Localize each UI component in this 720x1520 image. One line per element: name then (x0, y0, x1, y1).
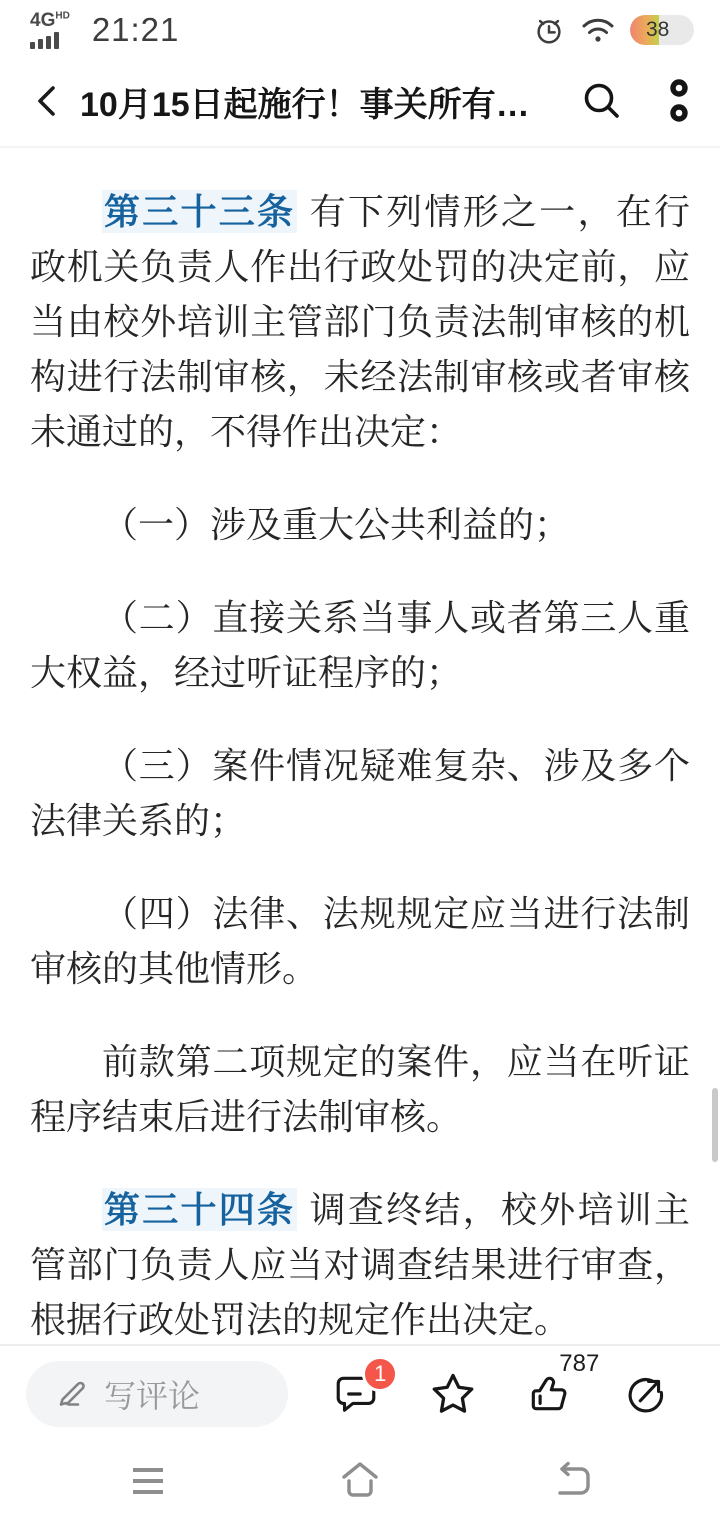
alarm-icon (532, 13, 566, 47)
nav-back-button[interactable] (549, 1458, 595, 1504)
comment-badge: 1 (362, 1356, 398, 1392)
header-bar: 10月15日起施行！事关所有… (0, 56, 720, 148)
battery-icon: 38 (630, 15, 694, 45)
page-title: 10月15日起施行！事关所有… (80, 77, 564, 126)
share-icon (623, 1371, 669, 1417)
home-icon (337, 1459, 383, 1503)
article-paragraph: （二）直接关系当事人或者第三人重大权益，经过听证程序的； (30, 590, 690, 700)
back-chevron-icon (30, 83, 66, 119)
comment-input[interactable]: 写评论 (26, 1361, 288, 1427)
status-bar: 4GHD 21:21 38 (0, 0, 720, 56)
clock-time: 21:21 (92, 11, 180, 49)
article-paragraph: 第三十四条 调查终结，校外培训主管部门负责人应当对调查结果进行审查，根据行政处罚… (30, 1182, 690, 1347)
system-nav-bar (0, 1441, 720, 1520)
recents-button[interactable] (125, 1458, 171, 1504)
paragraph-text: （一）涉及重大公共利益的； (102, 504, 570, 545)
nav-back-icon (550, 1461, 594, 1501)
paragraph-text: 前款第二项规定的案件，应当在听证程序结束后进行法制审核。 (30, 1041, 690, 1137)
paragraph-text: （三）案件情况疑难复杂、涉及多个法律关系的； (30, 745, 690, 841)
menu-lines-icon (129, 1462, 167, 1500)
search-button[interactable] (580, 79, 624, 123)
wifi-icon (580, 15, 616, 45)
more-button[interactable] (668, 75, 690, 127)
article-paragraph: （三）案件情况疑难复杂、涉及多个法律关系的； (30, 738, 690, 848)
article-body: 第三十三条 有下列情形之一，在行政机关负责人作出行政处罚的决定前，应当由校外培训… (0, 148, 720, 1347)
back-button[interactable] (30, 79, 74, 123)
paragraph-text: （四）法律、法规规定应当进行法制审核的其他情形。 (30, 893, 690, 989)
article-number: 第三十四条 (102, 1188, 297, 1231)
home-button[interactable] (337, 1458, 383, 1504)
article-paragraph: 第三十三条 有下列情形之一，在行政机关负责人作出行政处罚的决定前，应当由校外培训… (30, 184, 690, 459)
article-paragraph: （一）涉及重大公共利益的； (30, 497, 690, 552)
share-button[interactable] (622, 1370, 670, 1418)
comment-placeholder: 写评论 (104, 1371, 200, 1417)
signal-icon: 4GHD (30, 11, 70, 49)
favorite-button[interactable] (429, 1370, 477, 1418)
scrollbar-thumb[interactable] (712, 1088, 718, 1162)
bottom-action-bar: 写评论 1 (0, 1344, 720, 1441)
battery-percent: 38 (646, 15, 694, 45)
article-paragraph: （四）法律、法规规定应当进行法制审核的其他情形。 (30, 886, 690, 996)
more-dots-icon (668, 75, 690, 127)
like-button[interactable]: 787 (525, 1370, 573, 1418)
search-icon (580, 79, 624, 123)
network-type: 4G (30, 10, 55, 31)
star-icon (429, 1370, 477, 1418)
status-right: 38 (532, 13, 694, 47)
comment-button[interactable]: 1 (332, 1370, 380, 1418)
like-count: 787 (559, 1350, 599, 1378)
action-icons: 1 787 (308, 1370, 694, 1418)
signal-bars-icon (30, 32, 59, 49)
pencil-icon (54, 1376, 90, 1412)
header-actions (580, 75, 690, 127)
network-badge: HD (55, 11, 69, 22)
status-left: 4GHD 21:21 (30, 11, 179, 49)
paragraph-text: （二）直接关系当事人或者第三人重大权益，经过听证程序的； (30, 597, 690, 693)
article-number: 第三十三条 (102, 190, 297, 233)
article-paragraph: 前款第二项规定的案件，应当在听证程序结束后进行法制审核。 (30, 1034, 690, 1144)
